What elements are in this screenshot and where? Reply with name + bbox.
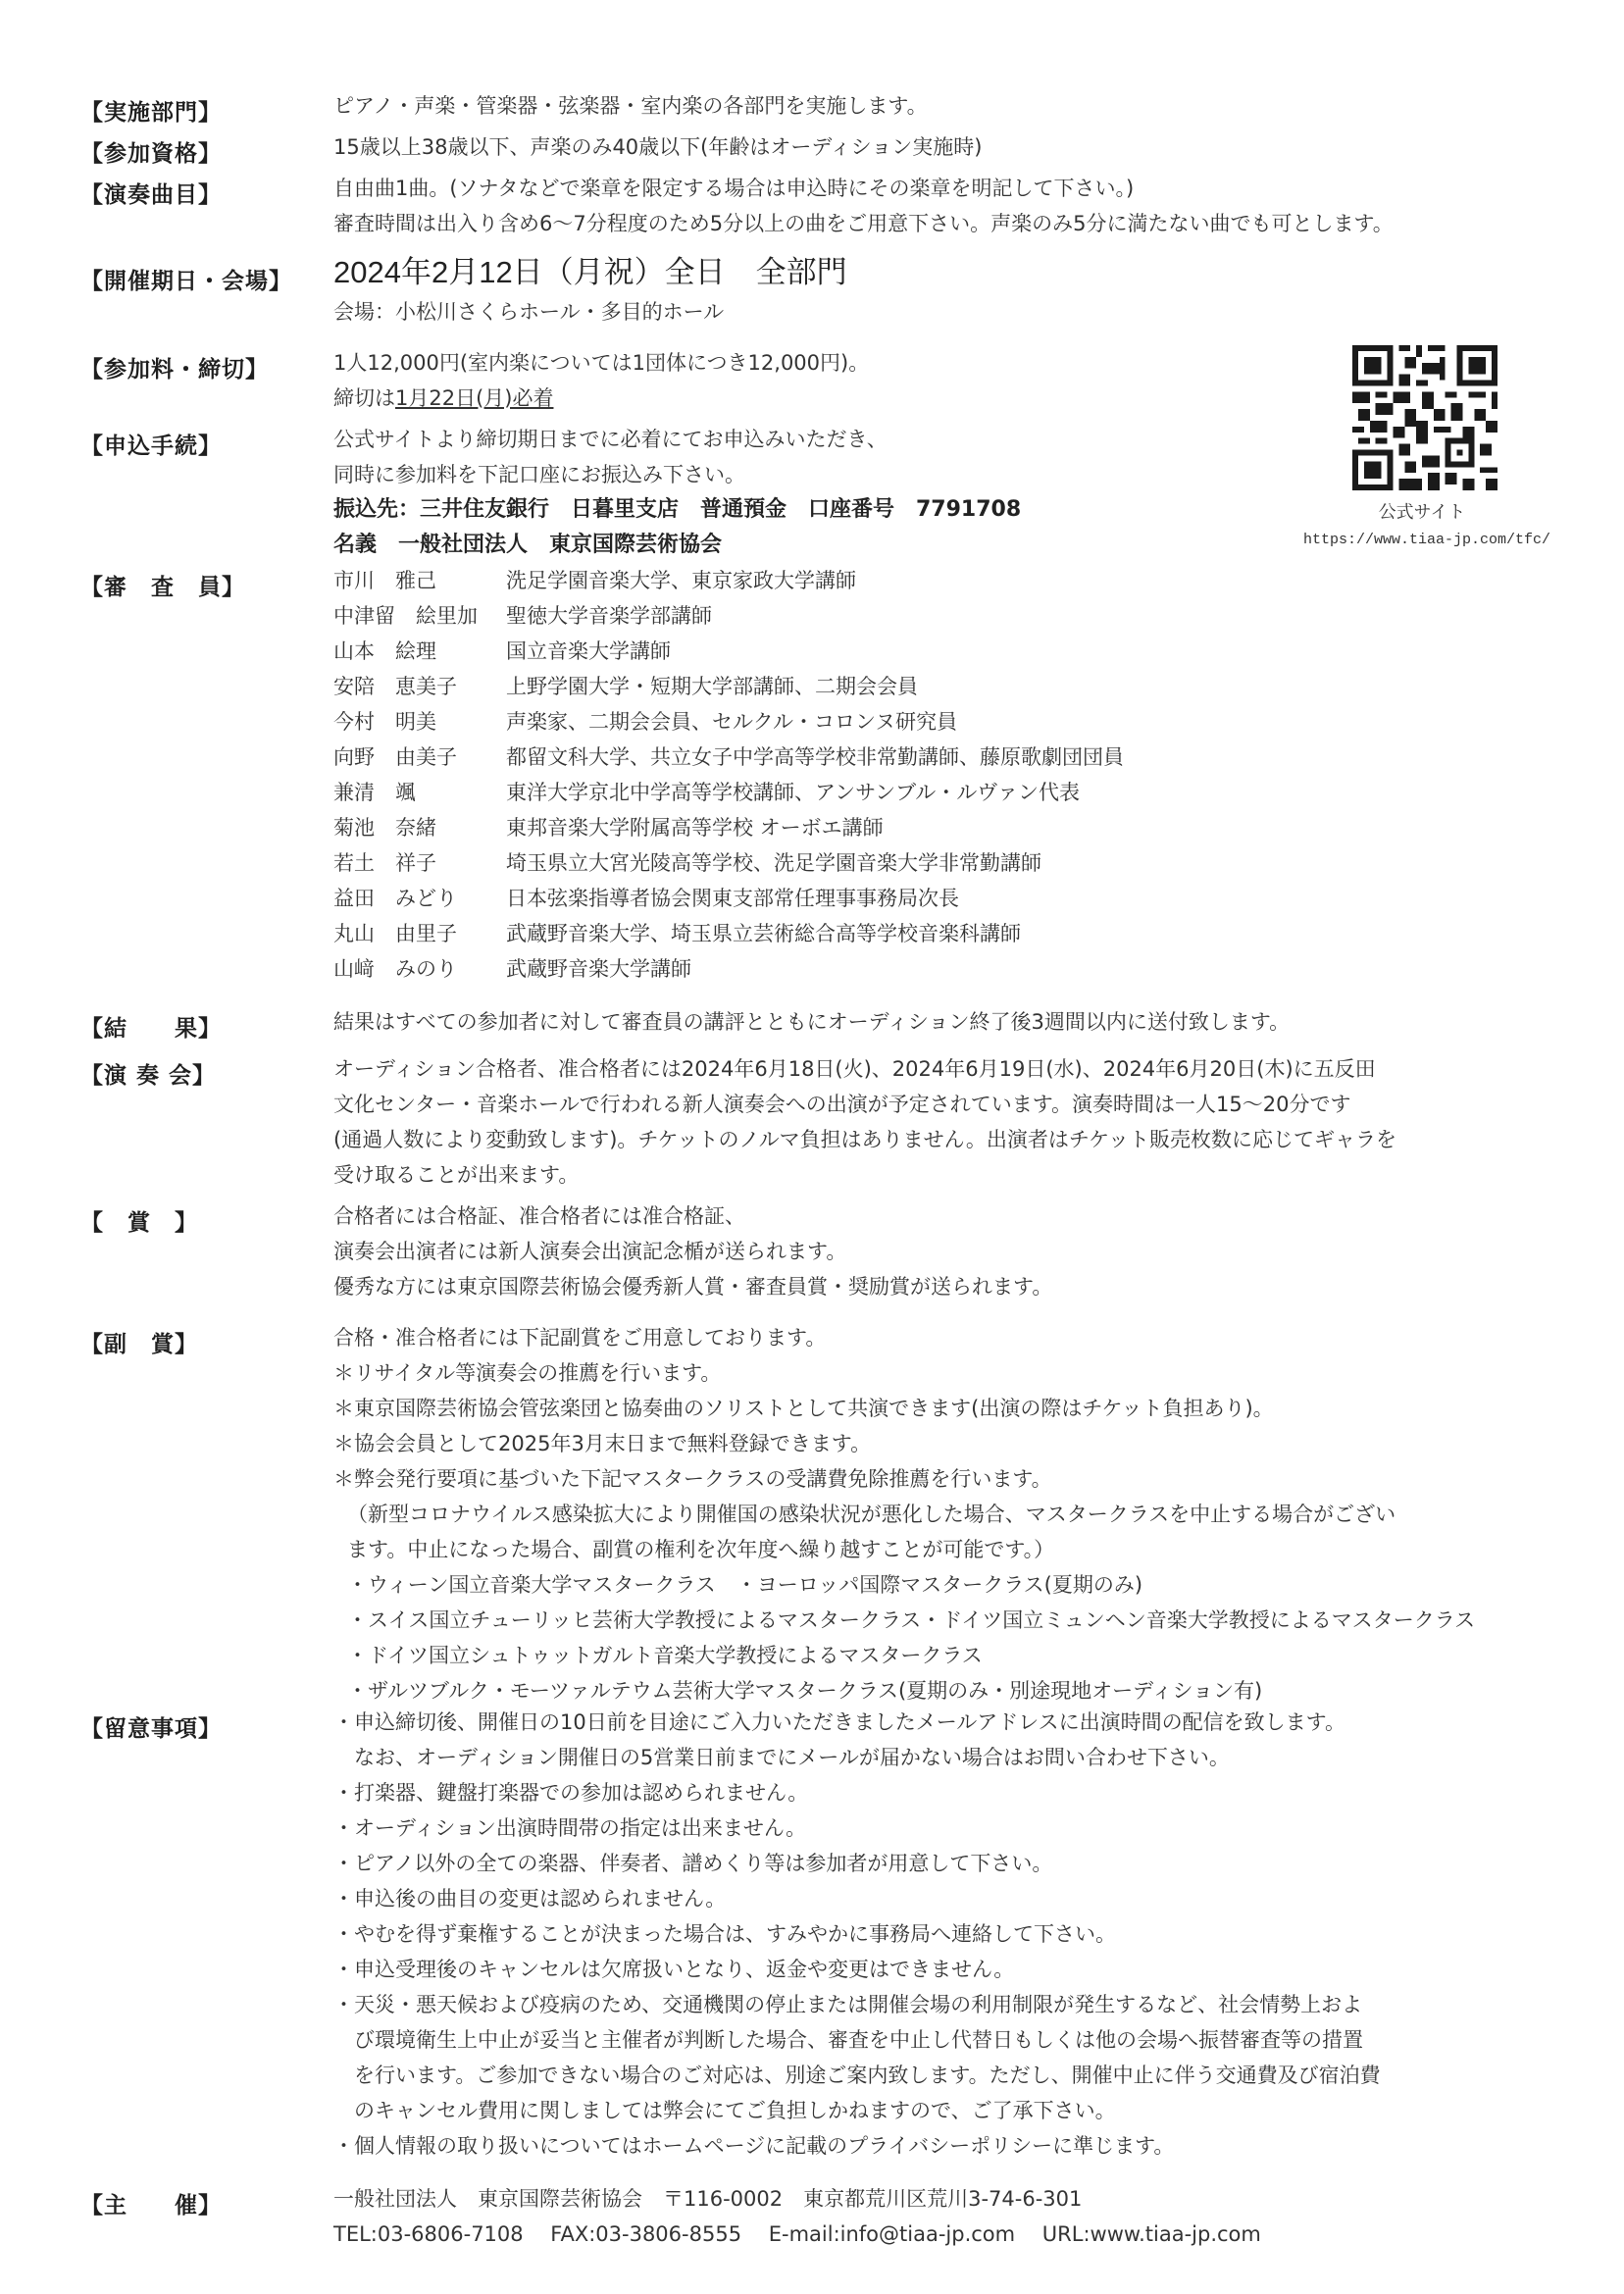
event-date: 2024年2月12日（月祝）全日 全部門 — [333, 251, 847, 294]
note-line: ・天災・悪天候および疫病のため、交通機関の停止または開催会場の利用制限が発生する… — [333, 1987, 1381, 2022]
account-holder: 名義 一般社団法人 東京国際芸術協会 — [333, 528, 1021, 563]
note-line: ・個人情報の取り扱いについてはホームページに記載のプライバシーポリシーに準じます… — [333, 2128, 1381, 2164]
note-line: ・申込後の曲目の変更は認められません。 — [333, 1881, 1381, 1916]
section-label: 【実施部門】 — [80, 94, 222, 127]
judge-affiliation: 日本弦楽指導者協会関東支部常任理事事務局次長 — [506, 881, 1124, 916]
note-line: なお、オーディション開催日の5営業日前までにメールが届かない場合はお問い合わせ下… — [333, 1740, 1381, 1775]
judge-affiliation: 武蔵野音楽大学講師 — [506, 951, 1124, 987]
concert-line: 受け取ることが出来ます。 — [333, 1157, 1396, 1193]
concert-line: オーディション合格者、准合格者には2024年6月18日(火)、2024年6月19… — [333, 1051, 1396, 1087]
repertoire-line: 審査時間は出入り含め6〜7分程度のため5分以上の曲をご用意下さい。声楽のみ5分に… — [333, 206, 1394, 241]
deadline-date: 1月22日(月)必着 — [395, 386, 553, 410]
masterclass-item: ・ドイツ国立シュトゥットガルト音楽大学教授によるマスタークラス — [333, 1638, 1475, 1673]
judge-name: 安陪 恵美子 — [333, 669, 506, 704]
judge-name: 中津留 絵里加 — [333, 598, 506, 634]
concert-line: 文化センター・音楽ホールで行われる新人演奏会への出演が予定されています。演奏時間… — [333, 1087, 1396, 1122]
extra-prize-line: ＊リサイタル等演奏会の推薦を行います。 — [333, 1355, 1475, 1391]
judge-affiliation: 東邦音楽大学附属高等学校 オーボエ講師 — [506, 810, 1124, 845]
judge-affiliation: 東洋大学京北中学高等学校講師、アンサンブル・ルヴァン代表 — [506, 775, 1124, 810]
note-line: ・ピアノ以外の全ての楽器、伴奏者、譜めくり等は参加者が用意して下さい。 — [333, 1846, 1381, 1881]
deadline-prefix: 締切は — [333, 386, 395, 410]
judge-affiliation: 埼玉県立大宮光陵高等学校、洗足学園音楽大学非常勤講師 — [506, 845, 1124, 881]
note-line: を行います。ご参加できない場合のご対応は、別途ご案内致します。ただし、開催中止に… — [333, 2058, 1381, 2093]
note-line: ・申込受理後のキャンセルは欠席扱いとなり、返金や変更はできません。 — [333, 1952, 1381, 1987]
section-label: 【 賞 】 — [80, 1204, 198, 1237]
section-label: 【副 賞】 — [80, 1326, 198, 1358]
section-label: 【演 奏 会】 — [80, 1057, 216, 1090]
judge-name: 菊池 奈緒 — [333, 810, 506, 845]
judge-affiliation: 聖徳大学音楽学部講師 — [506, 598, 1124, 634]
organizer-address: 一般社団法人 東京国際芸術協会 〒116-0002 東京都荒川区荒川3-74-6… — [333, 2181, 1261, 2217]
masterclass-item: ・スイス国立チューリッヒ芸術大学教授によるマスタークラス・ドイツ国立ミュンヘン音… — [333, 1603, 1475, 1638]
judge-affiliation: 都留文科大学、共立女子中学高等学校非常勤講師、藤原歌劇団団員 — [506, 739, 1124, 775]
note-line: ・やむを得ず棄権することが決まった場合は、すみやかに事務局へ連絡して下さい。 — [333, 1916, 1381, 1952]
extra-prize-line: ＊東京国際芸術協会管弦楽団と協奏曲のソリストとして共演できます(出演の際はチケッ… — [333, 1391, 1475, 1426]
section-label: 【参加資格】 — [80, 135, 222, 168]
extra-prize-note: ます。中止になった場合、副賞の権利を次年度へ繰り越すことが可能です。） — [333, 1532, 1475, 1567]
section-label: 【演奏曲目】 — [80, 177, 222, 209]
judge-name: 今村 明美 — [333, 704, 506, 739]
judge-name: 市川 雅己 — [333, 563, 506, 598]
judge-name: 兼清 颯 — [333, 775, 506, 810]
judge-name: 丸山 由里子 — [333, 916, 506, 951]
masterclass-item: ・ウィーン国立音楽大学マスタークラス ・ヨーロッパ国際マスタークラス(夏期のみ) — [333, 1567, 1475, 1603]
judge-name: 山﨑 みのり — [333, 951, 506, 987]
judge-name: 山本 絵理 — [333, 634, 506, 669]
note-line: び環境衛生上中止が妥当と主催者が判断した場合、審査を中止し代替日もしくは他の会場… — [333, 2022, 1381, 2058]
audition-flyer-page: 【実施部門】 ピアノ・声楽・管楽器・弦楽器・室内楽の各部門を実施します。 【参加… — [0, 0, 1624, 2294]
deadline-line: 締切は1月22日(月)必着 — [333, 381, 869, 416]
fee-text: 1人12,000円(室内楽については1団体につき12,000円)。 — [333, 345, 869, 381]
eligibility-text: 15歳以上38歳以下、声楽のみ40歳以下(年齢はオーディション実施時) — [333, 129, 982, 165]
judge-affiliation: 国立音楽大学講師 — [506, 634, 1124, 669]
judge-affiliation: 上野学園大学・短期大学部講師、二期会会員 — [506, 669, 1124, 704]
judge-affiliation: 声楽家、二期会会員、セルクル・コロンヌ研究員 — [506, 704, 1124, 739]
official-site-link[interactable]: https://www.tiaa-jp.com/tfc/ — [1299, 532, 1554, 548]
masterclass-item: ・ザルツブルク・モーツァルテウム芸術大学マスタークラス(夏期のみ・別途現地オーデ… — [333, 1673, 1475, 1708]
application-line: 同時に参加料を下記口座にお振込み下さい。 — [333, 457, 1021, 492]
application-line: 公式サイトより締切期日までに必着にてお申込みいただき、 — [333, 422, 1021, 457]
extra-prize-note: （新型コロナウイルス感染拡大により開催国の感染状況が悪化した場合、マスタークラス… — [333, 1497, 1475, 1532]
repertoire-line: 自由曲1曲。(ソナタなどで楽章を限定する場合は申込時にその楽章を明記して下さい。… — [333, 171, 1394, 206]
prize-line: 演奏会出演者には新人演奏会出演記念楯が送られます。 — [333, 1234, 1052, 1269]
section-label: 【審 査 員】 — [80, 569, 245, 601]
judge-name: 向野 由美子 — [333, 739, 506, 775]
judge-affiliation: 洗足学園音楽大学、東京家政大学講師 — [506, 563, 1124, 598]
extra-prize-line: 合格・准合格者には下記副賞をご用意しております。 — [333, 1320, 1475, 1355]
section-label: 【申込手続】 — [80, 428, 222, 460]
qr-caption: 公式サイト — [1304, 498, 1540, 524]
concert-line: (通過人数により変動致します)。チケットのノルマ負担はありません。出演者はチケッ… — [333, 1122, 1396, 1157]
results-text: 結果はすべての参加者に対して審査員の講評とともにオーディション終了後3週間以内に… — [333, 1004, 1290, 1040]
prize-line: 優秀な方には東京国際芸術協会優秀新人賞・審査員賞・奨励賞が送られます。 — [333, 1269, 1052, 1304]
bank-account: 振込先：三井住友銀行 日暮里支店 普通預金 口座番号 7791708 — [333, 492, 1021, 528]
note-line: ・オーディション出演時間帯の指定は出来ません。 — [333, 1810, 1381, 1846]
prize-line: 合格者には合格証、准合格者には准合格証、 — [333, 1198, 1052, 1234]
section-label: 【開催期日・会場】 — [80, 263, 292, 295]
note-line: ・申込締切後、開催日の10日前を目途にご入力いただきましたメールアドレスに出演時… — [333, 1705, 1381, 1740]
section-label: 【結 果】 — [80, 1010, 222, 1043]
divisions-text: ピアノ・声楽・管楽器・弦楽器・室内楽の各部門を実施します。 — [333, 88, 928, 124]
judge-name: 益田 みどり — [333, 881, 506, 916]
judge-affiliation: 武蔵野音楽大学、埼玉県立芸術総合高等学校音楽科講師 — [506, 916, 1124, 951]
note-line: のキャンセル費用に関しましては弊会にてご負担しかねますので、ご了承下さい。 — [333, 2093, 1381, 2128]
venue: 会場：小松川さくらホール・多目的ホール — [333, 294, 847, 330]
qr-code-icon[interactable] — [1351, 345, 1498, 490]
judges-list: 市川 雅己洗足学園音楽大学、東京家政大学講師 中津留 絵里加聖徳大学音楽学部講師… — [333, 563, 1124, 987]
organizer-contact: TEL:03-6806-7108 FAX:03-3806-8555 E-mail… — [333, 2217, 1261, 2252]
extra-prize-line: ＊弊会発行要項に基づいた下記マスタークラスの受講費免除推薦を行います。 — [333, 1461, 1475, 1497]
extra-prize-line: ＊協会会員として2025年3月末日まで無料登録できます。 — [333, 1426, 1475, 1461]
section-label: 【留意事項】 — [80, 1710, 222, 1743]
section-label: 【主 催】 — [80, 2187, 222, 2219]
judge-name: 若土 祥子 — [333, 845, 506, 881]
note-line: ・打楽器、鍵盤打楽器での参加は認められません。 — [333, 1775, 1381, 1810]
section-label: 【参加料・締切】 — [80, 351, 269, 383]
